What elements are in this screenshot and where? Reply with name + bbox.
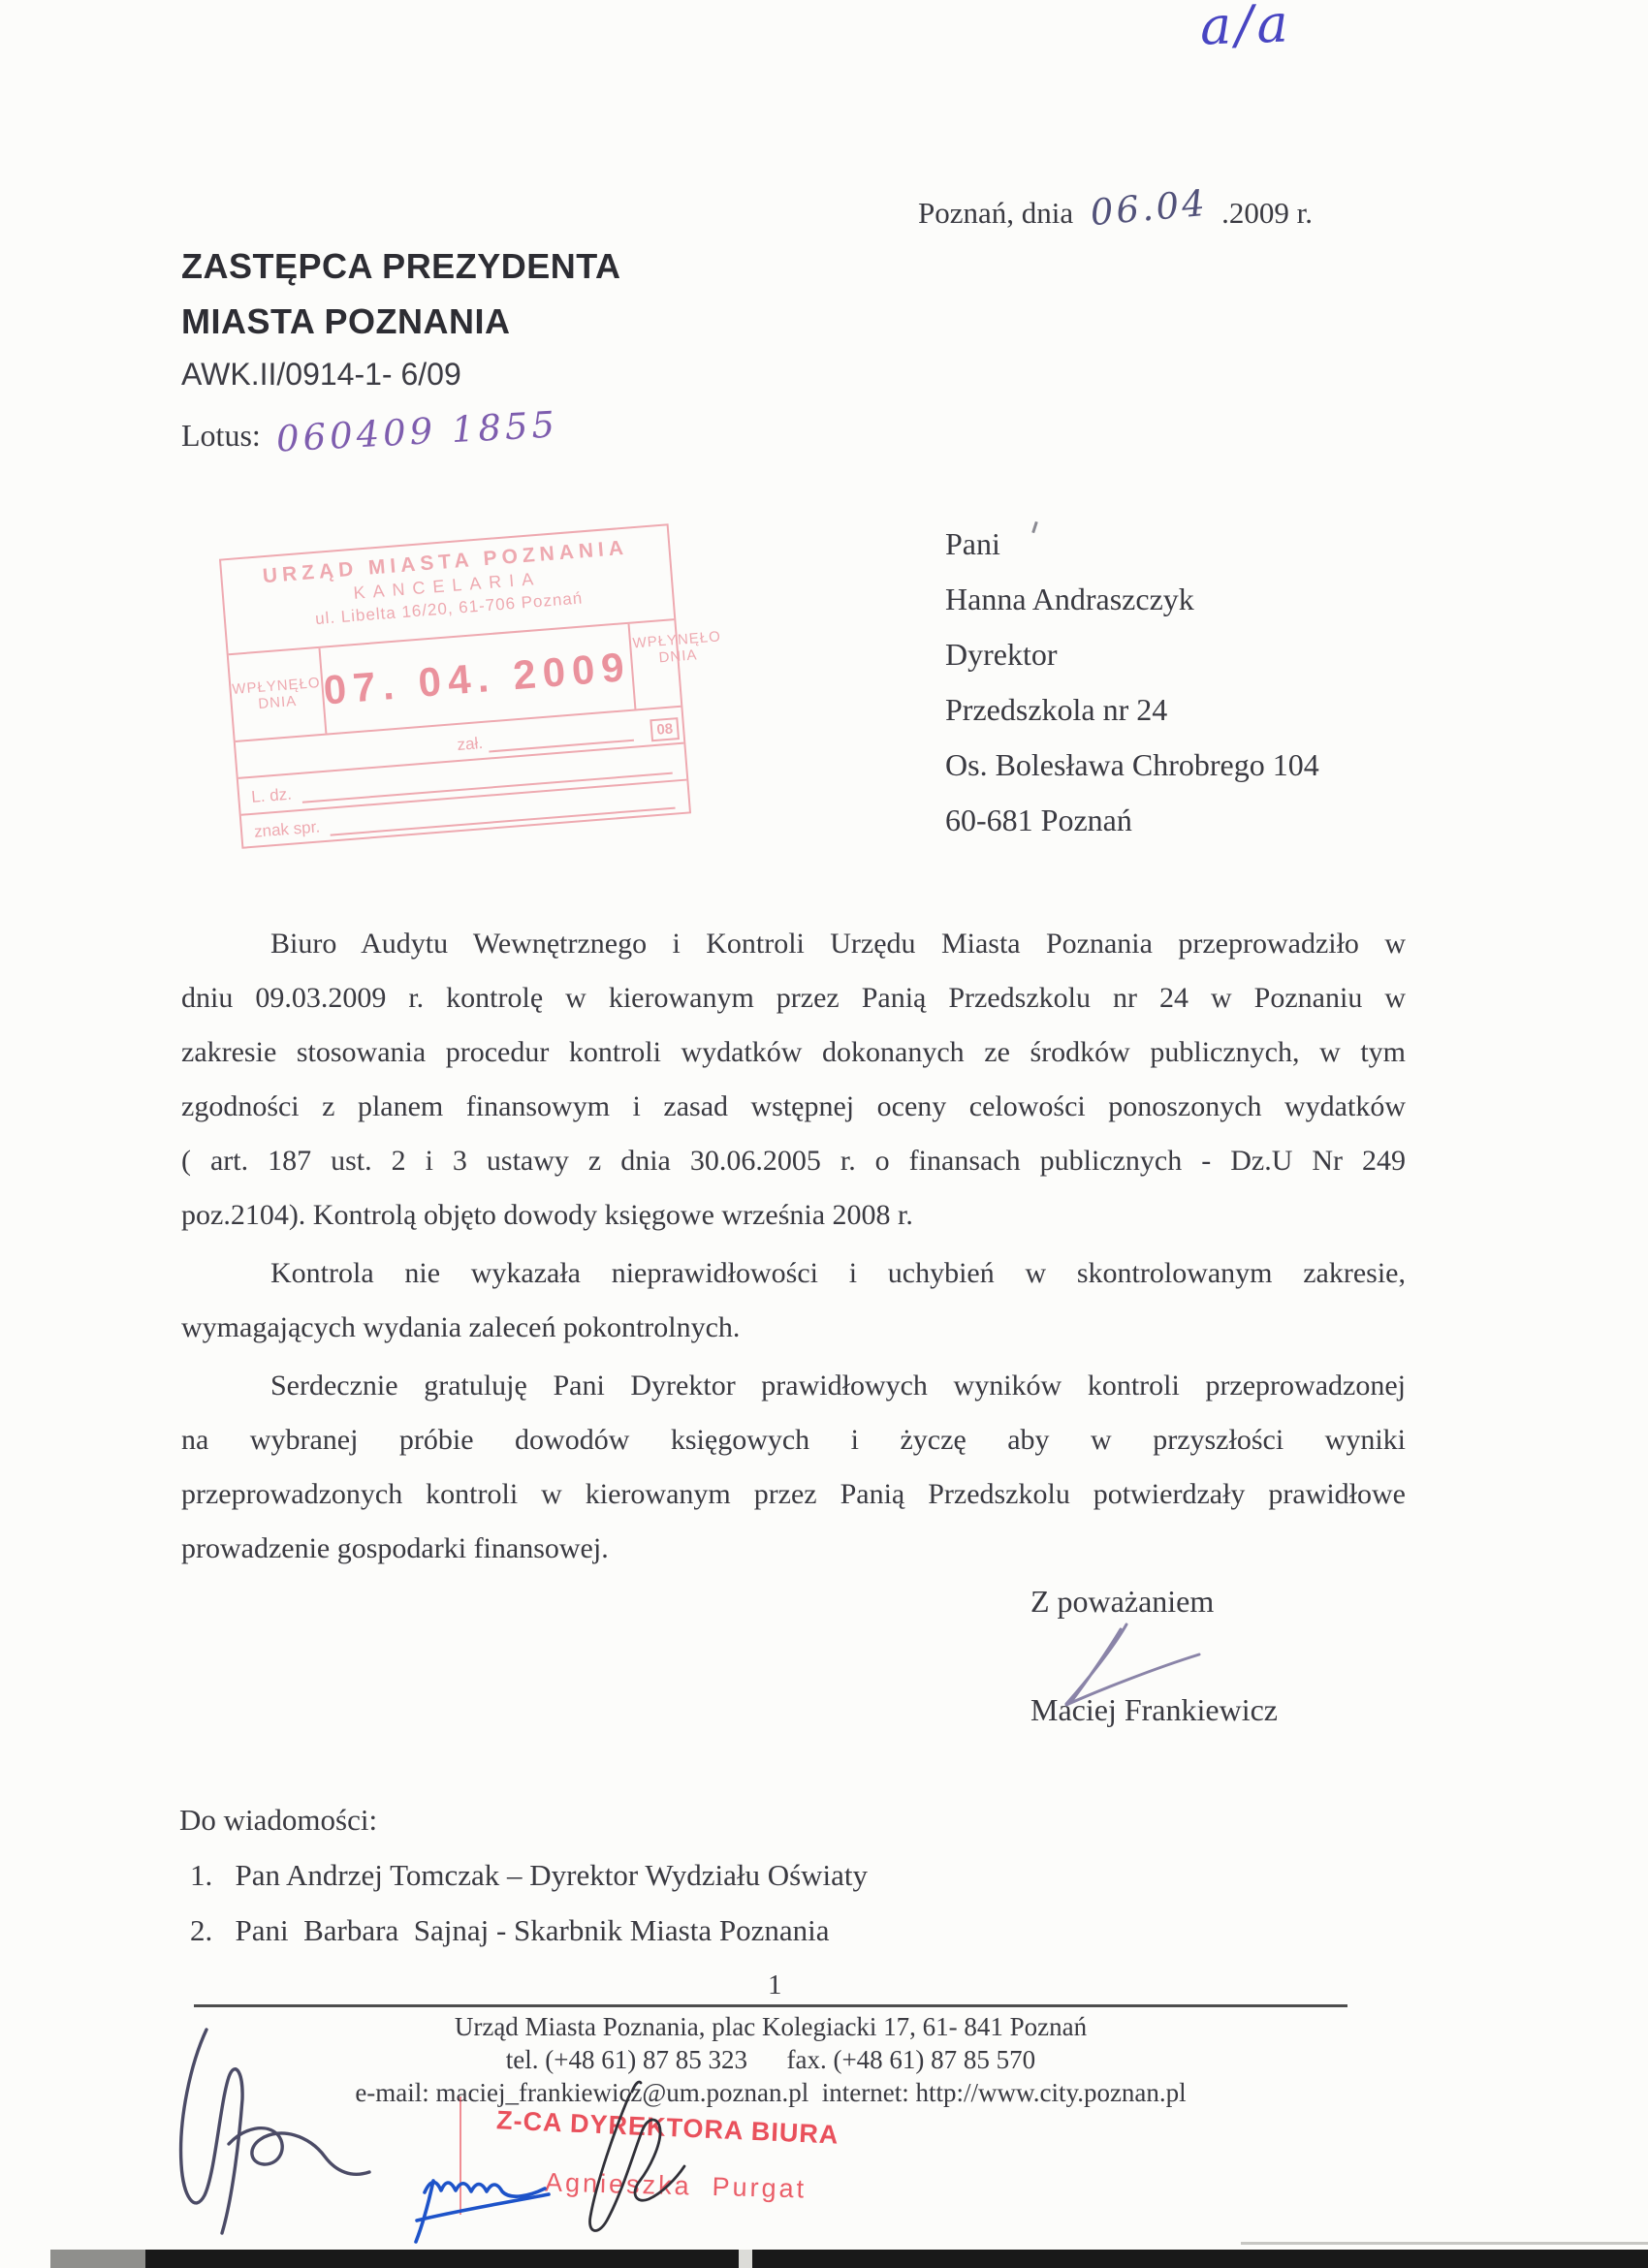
sender-title-line1: ZASTĘPCA PREZYDENTA bbox=[181, 246, 621, 287]
body-line: na wybranej próbie dowodów księgowych i … bbox=[181, 1413, 1406, 1467]
recipient-line: Dyrektor bbox=[945, 637, 1319, 692]
recipient-line: Hanna Andraszczyk bbox=[945, 582, 1319, 637]
handwritten-aa-note: a/a bbox=[1199, 0, 1293, 57]
body-line: przeprowadzonych kontroli w kierowanym p… bbox=[181, 1467, 1406, 1522]
deputy-stamp-edge-line bbox=[460, 2096, 461, 2215]
recipient-line: Przedszkola nr 24 bbox=[945, 692, 1319, 747]
scanned-letter-page: a/a Poznań, dnia06.04.2009 r. ZASTĘPCA P… bbox=[0, 0, 1648, 2268]
body-line: Kontrola nie wykazała nieprawidłowości i… bbox=[181, 1246, 1406, 1301]
handwritten-lotus-number: 060409 1855 bbox=[275, 403, 559, 459]
body-line: wymagających wydania zaleceń pokontrolny… bbox=[181, 1301, 1406, 1355]
body-line: ( art. 187 ust. 2 i 3 ustawy z dnia 30.0… bbox=[181, 1134, 1406, 1188]
footer-rule bbox=[194, 2004, 1347, 2007]
stamp-znak-line bbox=[331, 807, 676, 836]
cc-heading: Do wiadomości: bbox=[179, 1803, 377, 1838]
dateline: Poznań, dnia06.04.2009 r. bbox=[918, 190, 1313, 232]
dateline-prefix: Poznań, dnia bbox=[918, 196, 1073, 230]
recipient-line: Pani bbox=[945, 526, 1319, 582]
stamp-received-label-left: WPŁYNĘŁO DNIA bbox=[229, 648, 328, 740]
body-line: zakresie stosowania procedur kontroli wy… bbox=[181, 1025, 1406, 1080]
stamp-box-number: 08 bbox=[650, 717, 680, 741]
body-line: zgodności z planem finansowym i zasad ws… bbox=[181, 1080, 1406, 1134]
scan-bottom-edge-grey bbox=[50, 2250, 145, 2268]
letter-body: Biuro Audytu Wewnętrznego i Kontroli Urz… bbox=[181, 917, 1406, 1576]
signer-name: Maciej Frankiewicz bbox=[1030, 1692, 1278, 1728]
body-line: prowadzenie gospodarki finansowej. bbox=[181, 1522, 1406, 1576]
stamp-received-date: 07. 04. 2009 bbox=[322, 644, 632, 714]
recipient-block: Pani Hanna Andraszczyk Dyrektor Przedszk… bbox=[945, 526, 1319, 858]
footer-phones: tel. (+48 61) 87 85 323 fax. (+48 61) 87… bbox=[194, 2045, 1347, 2075]
stamp-zal-label: zał. bbox=[457, 734, 484, 755]
body-line: Biuro Audytu Wewnętrznego i Kontroli Urz… bbox=[181, 917, 1406, 971]
body-line: poz.2104). Kontrolą objęto dowody księgo… bbox=[181, 1188, 1406, 1243]
handwritten-date: 06.04 bbox=[1089, 182, 1209, 234]
footer-online: e-mail: maciej_frankiewicz@um.poznan.pl … bbox=[194, 2078, 1347, 2108]
registry-stamp: URZĄD MIASTA POZNANIA KANCELARIA ul. Lib… bbox=[219, 523, 691, 849]
cc-item-1: 1. Pan Andrzej Tomczak – Dyrektor Wydzia… bbox=[190, 1858, 868, 1893]
reference-number: AWK.II/0914-1- 6/09 bbox=[181, 357, 461, 393]
scan-bottom-edge-line bbox=[1241, 2242, 1648, 2245]
body-line: Serdecznie gratuluję Pani Dyrektor prawi… bbox=[181, 1359, 1406, 1413]
footer-address: Urząd Miasta Poznania, plac Kolegiacki 1… bbox=[194, 2012, 1347, 2042]
dateline-suffix: .2009 r. bbox=[1221, 196, 1313, 230]
page-number: 1 bbox=[768, 1969, 782, 2001]
stamp-znak-label: znak spr. bbox=[253, 817, 320, 841]
sender-title-line2: MIASTA POZNANIA bbox=[181, 301, 510, 342]
recipient-line: 60-681 Poznań bbox=[945, 803, 1319, 858]
blue-signature bbox=[416, 2181, 549, 2242]
deputy-stamp-name: Agnieszka Purgat bbox=[545, 2167, 808, 2204]
stamp-received-label-right: WPŁYNĘŁO DNIA bbox=[627, 616, 728, 709]
lotus-line: Lotus:060409 1855 bbox=[181, 413, 558, 455]
stamp-ldz-label: L. dz. bbox=[251, 785, 293, 807]
closing-salutation: Z poważaniem bbox=[1030, 1584, 1214, 1620]
body-line: dniu 09.03.2009 r. kontrolę w kierowanym… bbox=[181, 971, 1406, 1025]
recipient-line: Os. Bolesława Chrobrego 104 bbox=[945, 747, 1319, 803]
deputy-stamp-title: Z-CA DYREKTORA BIURA bbox=[495, 2105, 840, 2150]
cc-item-2: 2. Pani Barbara Sajnaj - Skarbnik Miasta… bbox=[190, 1913, 829, 1948]
scan-bottom-edge bbox=[50, 2250, 1648, 2268]
lotus-label: Lotus: bbox=[181, 418, 261, 453]
scan-bottom-edge-gap bbox=[739, 2250, 752, 2268]
